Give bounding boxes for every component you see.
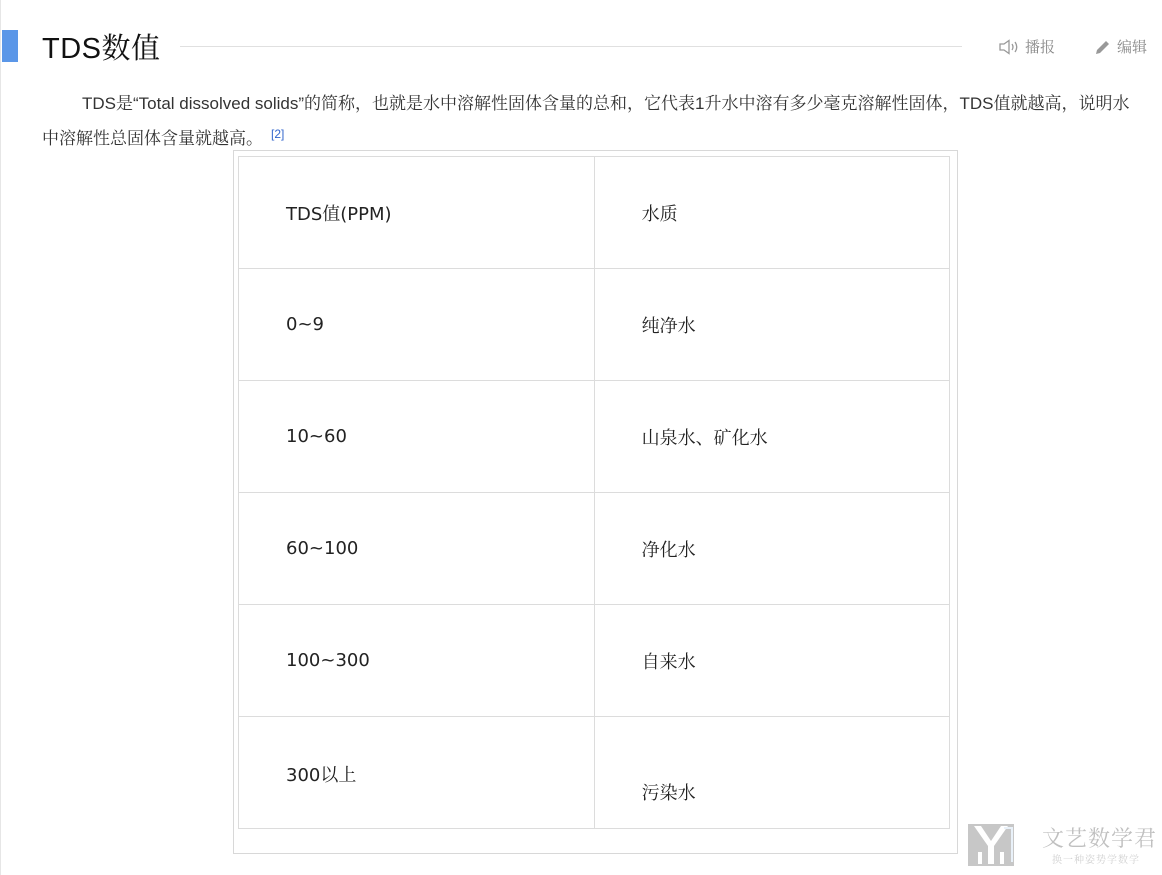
- intro-paragraph: TDS是“Total dissolved solids”的简称，也就是水中溶解性…: [42, 88, 1138, 154]
- table-row: 100~300 自来水: [239, 605, 950, 717]
- edit-label: 编辑: [1117, 36, 1147, 57]
- cell-water-quality: 净化水: [594, 493, 949, 605]
- tds-table-frame: TDS值(PPM) 水质 0~9 纯净水 10~60 山泉水、矿化水 60~10…: [233, 150, 958, 854]
- section-title: TDS数值: [42, 26, 161, 67]
- watermark: 文艺数学君 换一种姿势学数学: [968, 822, 1158, 870]
- header-cell-quality: 水质: [594, 157, 949, 269]
- watermark-subtitle: 换一种姿势学数学: [1052, 851, 1140, 866]
- cell-water-quality: 自来水: [594, 605, 949, 717]
- cell-tds-range: 300以上: [239, 717, 595, 829]
- left-border: [0, 0, 1, 875]
- tds-table: TDS值(PPM) 水质 0~9 纯净水 10~60 山泉水、矿化水 60~10…: [238, 156, 950, 829]
- citation-link[interactable]: [2]: [271, 127, 284, 141]
- pencil-icon: [1094, 39, 1112, 55]
- table-row: 0~9 纯净水: [239, 269, 950, 381]
- watermark-logo-icon: [968, 824, 1014, 866]
- table-header-row: TDS值(PPM) 水质: [239, 157, 950, 269]
- table-row: 60~100 净化水: [239, 493, 950, 605]
- cell-tds-range: 100~300: [239, 605, 595, 717]
- cell-water-quality: 纯净水: [594, 269, 949, 381]
- section-accent-bar: [2, 30, 18, 62]
- paragraph-text: TDS是“Total dissolved solids”的简称，也就是水中溶解性…: [42, 94, 1129, 148]
- speaker-icon: [998, 39, 1020, 55]
- speak-button[interactable]: 播报: [998, 36, 1055, 57]
- header-divider: [180, 46, 962, 47]
- cell-tds-range: 60~100: [239, 493, 595, 605]
- header-cell-tds: TDS值(PPM): [239, 157, 595, 269]
- edit-button[interactable]: 编辑: [1094, 36, 1147, 57]
- cell-water-quality: 山泉水、矿化水: [594, 381, 949, 493]
- cell-water-quality: 污染水: [594, 717, 949, 829]
- cell-tds-range: 10~60: [239, 381, 595, 493]
- cell-tds-range: 0~9: [239, 269, 595, 381]
- watermark-title: 文艺数学君: [1042, 822, 1157, 853]
- speak-label: 播报: [1025, 36, 1055, 57]
- table-row: 300以上 污染水: [239, 717, 950, 829]
- table-row: 10~60 山泉水、矿化水: [239, 381, 950, 493]
- section-header: TDS数值 播报 编辑: [0, 28, 1162, 64]
